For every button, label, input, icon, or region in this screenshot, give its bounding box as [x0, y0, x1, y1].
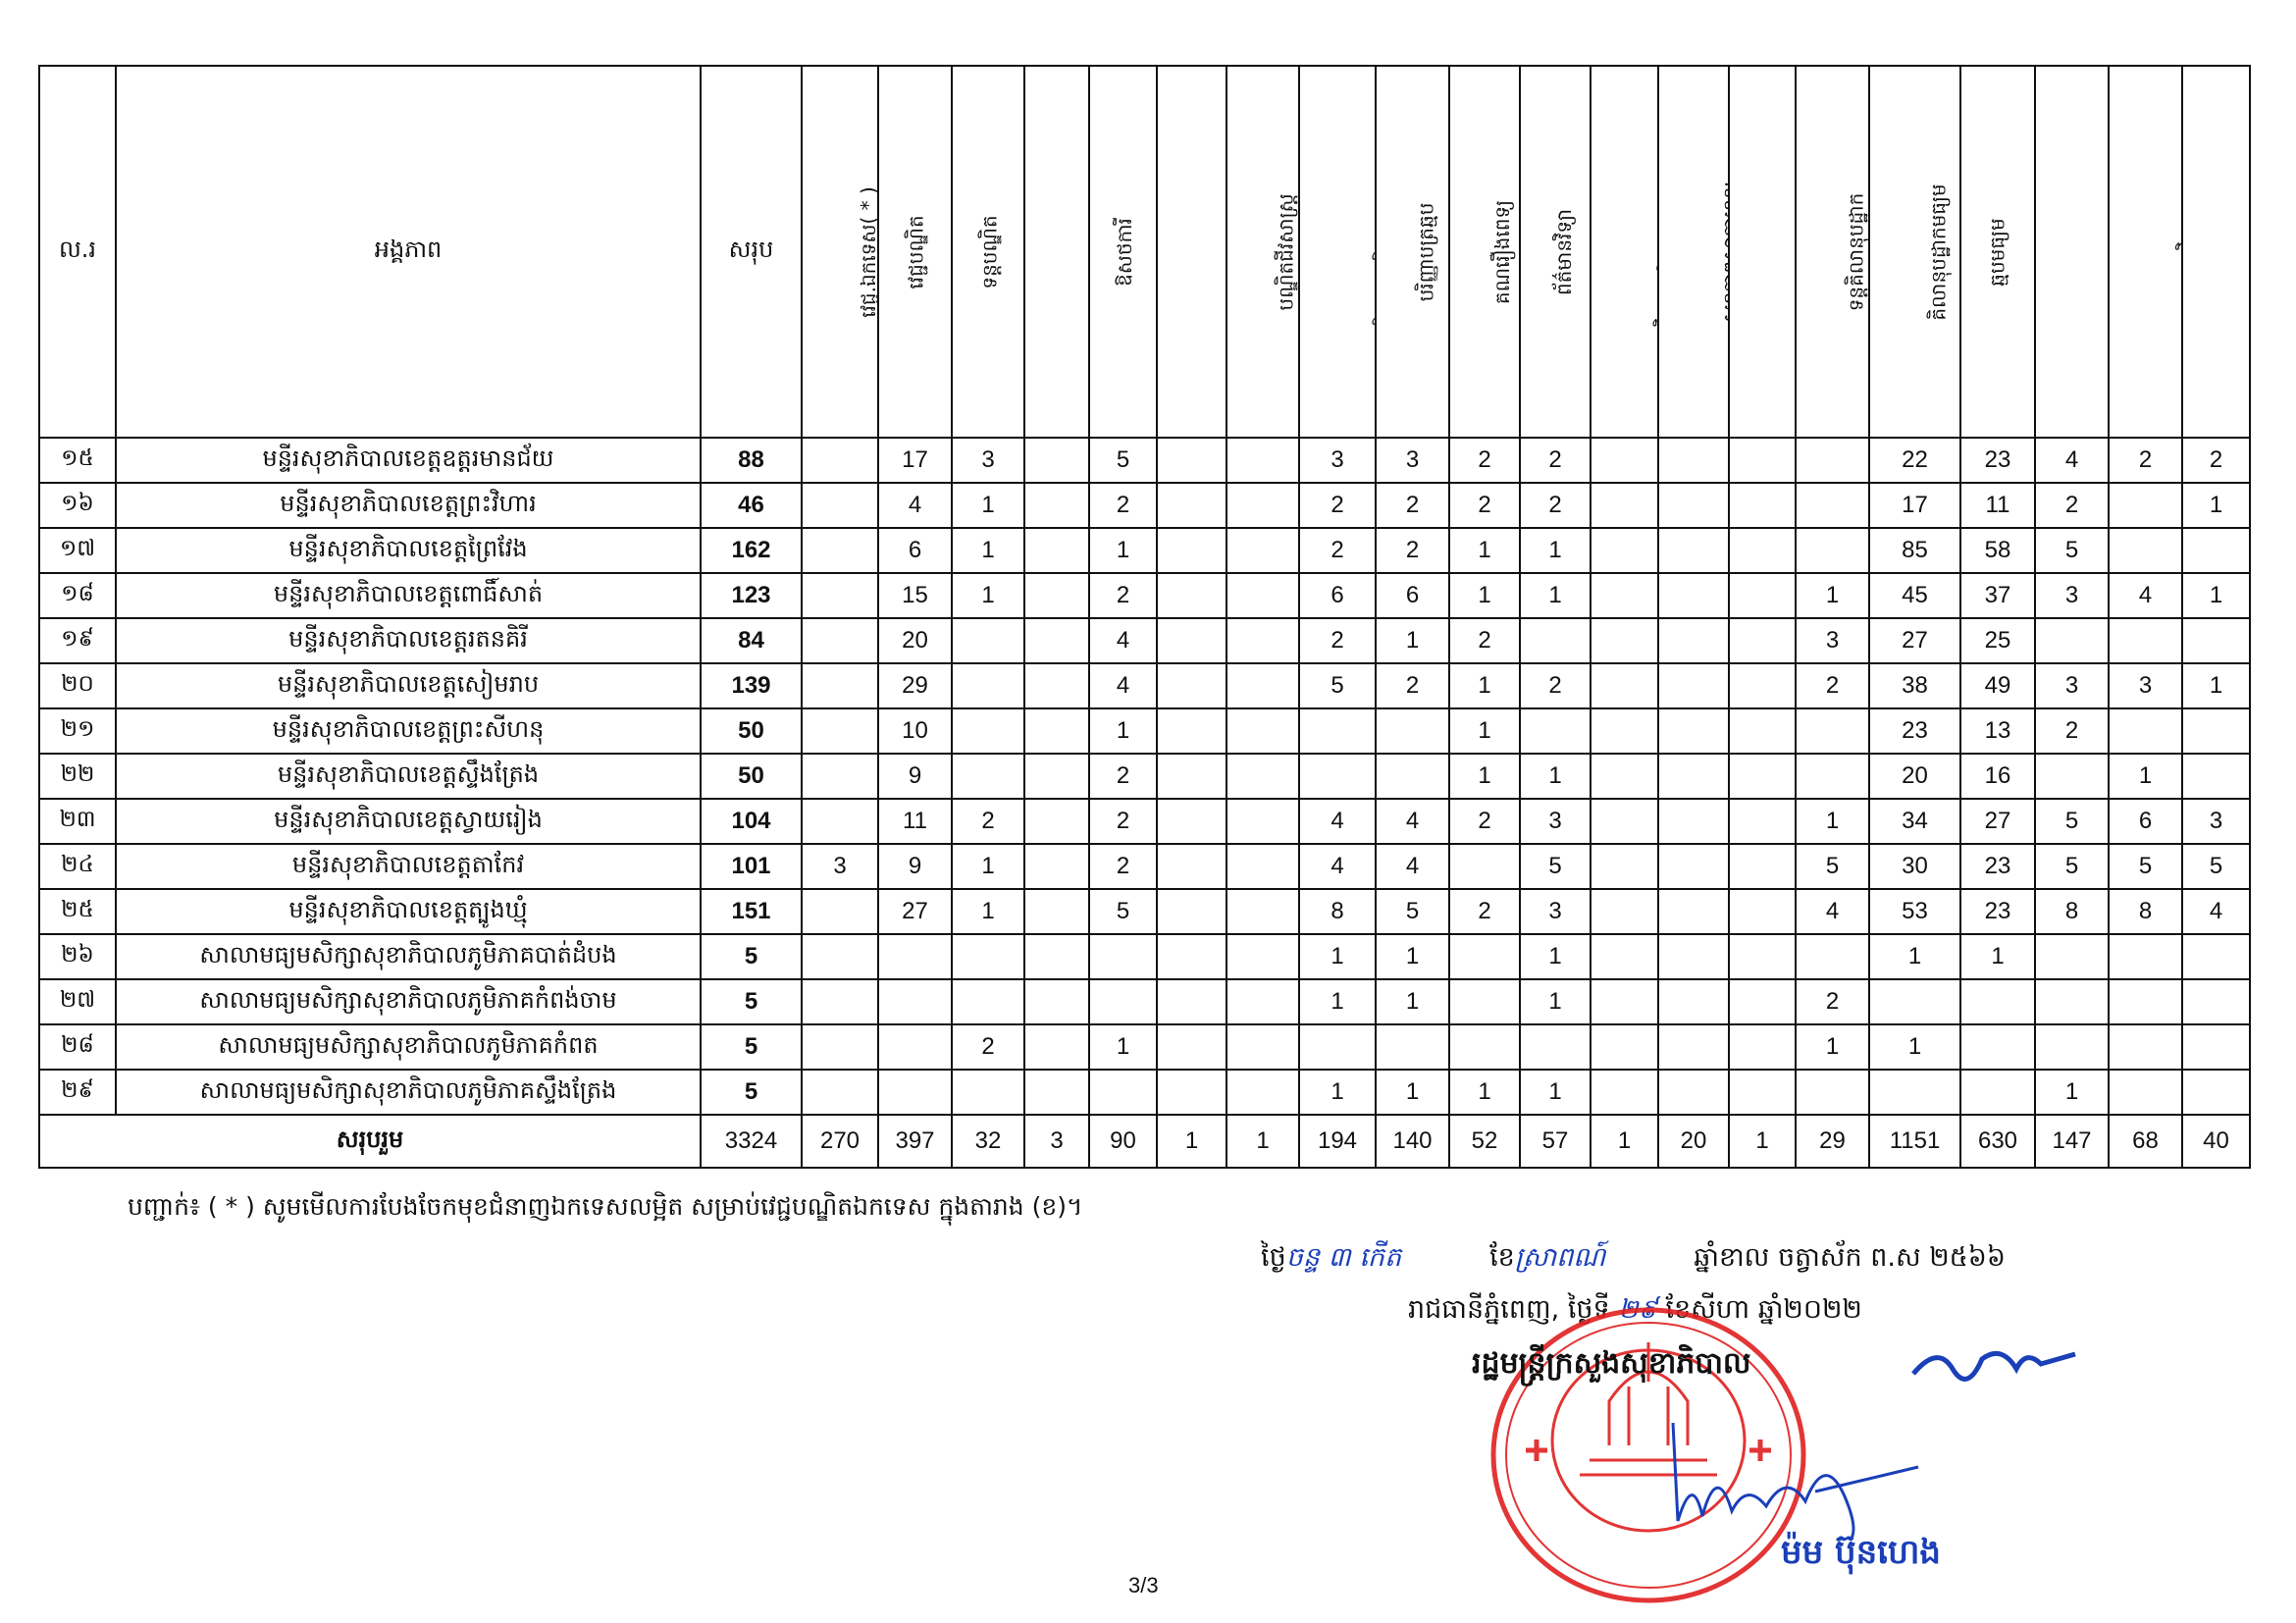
- table-row: ១៩មន្ទីរសុខាភិបាលខេត្តរតនគិរី84204212327…: [39, 618, 2250, 663]
- cell-value: 3: [1299, 438, 1376, 483]
- column-total: 1: [1157, 1115, 1226, 1168]
- cell-value: 58: [1960, 528, 2035, 573]
- cell-value: 5: [2035, 799, 2109, 844]
- cell-value: 5: [1089, 438, 1157, 483]
- cell-value: [1658, 799, 1729, 844]
- column-total: 20: [1658, 1115, 1729, 1168]
- cell-value: [1869, 979, 1960, 1024]
- cell-value: 4: [1376, 844, 1449, 889]
- cell-value: 27: [878, 889, 952, 934]
- cell-value: [1591, 663, 1658, 708]
- cell-value: 2: [1089, 573, 1157, 618]
- cell-value: [802, 483, 878, 528]
- cell-value: 1: [1520, 573, 1591, 618]
- cell-value: [1299, 754, 1376, 799]
- cell-value: 5: [1796, 844, 1869, 889]
- table-row: ១៧មន្ទីរសុខាភិបាលខេត្តព្រៃវែង16261122118…: [39, 528, 2250, 573]
- cell-value: 29: [878, 663, 952, 708]
- header-col: ព័ត៌មានវិទ្យា: [1520, 66, 1591, 438]
- header-col: សុខភាពសាធារណៈ: [1658, 66, 1729, 438]
- cell-value: [2035, 618, 2109, 663]
- cell-value: [2182, 1024, 2250, 1070]
- cell-value: 1: [1520, 754, 1591, 799]
- cell-value: 2: [1449, 483, 1520, 528]
- row-total: 84: [701, 618, 802, 663]
- header-col: បច្ចេកទេសវិទ្យុសាស្ត្រ: [2109, 66, 2182, 438]
- cell-value: [1658, 844, 1729, 889]
- cell-value: 34: [1869, 799, 1960, 844]
- entity-name: សាលាមធ្យមសិក្សាសុខាភិបាលភូមិភាគកំពង់ចាម: [116, 979, 701, 1024]
- cell-value: [1449, 934, 1520, 979]
- cell-value: [1024, 618, 1089, 663]
- cell-value: 1: [1089, 708, 1157, 754]
- cell-value: 15: [878, 573, 952, 618]
- cell-value: [2109, 1070, 2182, 1115]
- cell-value: [1157, 618, 1226, 663]
- cell-value: 20: [878, 618, 952, 663]
- cell-value: [1796, 1070, 1869, 1115]
- header-col: បច្ចេកទេសមន្ទីរពិសោធន៍: [2035, 66, 2109, 438]
- cell-value: 2: [1449, 618, 1520, 663]
- header-col: ទន្តគិលានុបដ្ឋាក: [1796, 66, 1869, 438]
- header-entity: អង្គភាព: [116, 66, 701, 438]
- cell-value: 1: [2182, 663, 2250, 708]
- cell-value: [1960, 1024, 2035, 1070]
- cell-value: [1591, 979, 1658, 1024]
- header-col: ទន្តបណ្ឌិត: [952, 66, 1024, 438]
- cell-value: [1591, 799, 1658, 844]
- cell-value: [1591, 1070, 1658, 1115]
- cell-value: 1: [2109, 754, 2182, 799]
- cell-value: [2109, 618, 2182, 663]
- cell-value: [2109, 708, 2182, 754]
- cell-value: [1658, 889, 1729, 934]
- column-total: 3: [1024, 1115, 1089, 1168]
- cell-value: 2: [1520, 483, 1591, 528]
- cell-value: [1024, 979, 1089, 1024]
- cell-value: 1: [1520, 1070, 1591, 1115]
- cell-value: [1157, 979, 1226, 1024]
- cell-value: [1729, 618, 1796, 663]
- cell-value: 4: [1796, 889, 1869, 934]
- cell-value: [1729, 708, 1796, 754]
- cell-value: [1729, 573, 1796, 618]
- cell-value: [1591, 844, 1658, 889]
- cell-value: [1520, 618, 1591, 663]
- staff-allocation-table: ល.រ អង្គភាព សរុប វេជ្ជ.ឯកទេស( * ) វេជ្ជប…: [38, 65, 2251, 1169]
- cell-value: [1024, 438, 1089, 483]
- cell-value: 4: [1089, 663, 1157, 708]
- minister-title: រដ្ឋមន្ត្រីក្រសួងសុខាភិបាល: [1472, 1344, 1750, 1387]
- cell-value: 25: [1960, 618, 2035, 663]
- cell-value: 2: [1449, 889, 1520, 934]
- cell-value: 6: [1299, 573, 1376, 618]
- cell-value: 4: [2109, 573, 2182, 618]
- cell-value: 85: [1869, 528, 1960, 573]
- cell-value: 23: [1869, 708, 1960, 754]
- cell-value: 30: [1869, 844, 1960, 889]
- cell-value: [878, 1024, 952, 1070]
- cell-value: [2035, 1024, 2109, 1070]
- row-number: ២២: [39, 754, 116, 799]
- cell-value: [1226, 438, 1299, 483]
- table-row: ១៦មន្ទីរសុខាភិបាលខេត្តព្រះវិហារ464122222…: [39, 483, 2250, 528]
- cell-value: 2: [1449, 438, 1520, 483]
- table-row: ២៥មន្ទីរសុខាភិបាលខេត្តត្បូងឃ្មុំ15127158…: [39, 889, 2250, 934]
- cell-value: [1157, 708, 1226, 754]
- cell-value: [1024, 844, 1089, 889]
- cell-value: 4: [1089, 618, 1157, 663]
- cell-value: [1226, 708, 1299, 754]
- cell-value: [1729, 1024, 1796, 1070]
- cell-value: [1449, 844, 1520, 889]
- column-total: 57: [1520, 1115, 1591, 1168]
- row-total: 104: [701, 799, 802, 844]
- cell-value: 1: [1449, 754, 1520, 799]
- cell-value: 22: [1869, 438, 1960, 483]
- row-number: ១៥: [39, 438, 116, 483]
- row-number: ១៩: [39, 618, 116, 663]
- cell-value: 6: [1376, 573, 1449, 618]
- cell-value: 4: [878, 483, 952, 528]
- column-total: 397: [878, 1115, 952, 1168]
- cell-value: 23: [1960, 844, 2035, 889]
- entity-name: សាលាមធ្យមសិក្សាសុខាភិបាលភូមិភាគបាត់ដំបង: [116, 934, 701, 979]
- header-col: ឱសថការី: [1089, 66, 1157, 438]
- cell-value: [1729, 934, 1796, 979]
- cell-value: [952, 934, 1024, 979]
- row-total: 123: [701, 573, 802, 618]
- cell-value: 1: [1089, 528, 1157, 573]
- cell-value: [1299, 708, 1376, 754]
- cell-value: 6: [2109, 799, 2182, 844]
- header-col: បណ្ឌិតវិទ្យាសាស្ត្រសុខាភិបាល: [1157, 66, 1226, 438]
- cell-value: [1157, 438, 1226, 483]
- entity-name: មន្ទីរសុខាភិបាលខេត្តតាកែវ: [116, 844, 701, 889]
- cell-value: [952, 663, 1024, 708]
- cell-value: [802, 889, 878, 934]
- cell-value: [1591, 1024, 1658, 1070]
- cell-value: [1226, 934, 1299, 979]
- entity-name: សាលាមធ្យមសិក្សាសុខាភិបាលភូមិភាគស្ទឹងត្រែ…: [116, 1070, 701, 1115]
- cell-value: 4: [2182, 889, 2250, 934]
- column-total: 1: [1729, 1115, 1796, 1168]
- lunar-month-label: ខែ: [1489, 1242, 1515, 1273]
- cell-value: 3: [802, 844, 878, 889]
- row-number: ២៨: [39, 1024, 116, 1070]
- cell-value: [1024, 663, 1089, 708]
- column-total: 1: [1591, 1115, 1658, 1168]
- column-total: 194: [1299, 1115, 1376, 1168]
- cell-value: [2035, 934, 2109, 979]
- column-total: 68: [2109, 1115, 2182, 1168]
- cell-value: [1376, 1024, 1449, 1070]
- cell-value: 17: [878, 438, 952, 483]
- entity-name: មន្ទីរសុខាភិបាលខេត្តត្បូងឃ្មុំ: [116, 889, 701, 934]
- cell-value: 10: [878, 708, 952, 754]
- lunar-year: ឆ្នាំខាល ចត្វាស័ក ព.ស ២៥៦៦: [1694, 1242, 2006, 1273]
- cell-value: [1658, 934, 1729, 979]
- row-total: 5: [701, 934, 802, 979]
- cell-value: 3: [1376, 438, 1449, 483]
- cell-value: [1520, 708, 1591, 754]
- cell-value: 1: [1376, 618, 1449, 663]
- cell-value: [1960, 979, 2035, 1024]
- cell-value: 53: [1869, 889, 1960, 934]
- cell-value: [1226, 889, 1299, 934]
- cell-value: 2: [2035, 708, 2109, 754]
- cell-value: 1: [1449, 708, 1520, 754]
- cell-value: [952, 708, 1024, 754]
- cell-value: [1658, 483, 1729, 528]
- cell-value: 1: [1299, 1070, 1376, 1115]
- table-row: ២៧សាលាមធ្យមសិក្សាសុខាភិបាលភូមិភាគកំពង់ចា…: [39, 979, 2250, 1024]
- cell-value: 20: [1869, 754, 1960, 799]
- cell-value: 5: [1299, 663, 1376, 708]
- cell-value: [1024, 573, 1089, 618]
- cell-value: [2109, 483, 2182, 528]
- row-number: ១៨: [39, 573, 116, 618]
- cell-value: 16: [1960, 754, 2035, 799]
- header-col: បរិញ្ញាបត្រឆ្មប: [1376, 66, 1449, 438]
- cell-value: 1: [1520, 979, 1591, 1024]
- header-col: ទន្តបណ្ឌិតឯកទេសវះកាត់មុខ មាត់ ថ្គាម និងធ…: [1024, 66, 1089, 438]
- cell-value: [802, 979, 878, 1024]
- cell-value: [1796, 438, 1869, 483]
- cell-value: [1376, 708, 1449, 754]
- cell-value: [802, 754, 878, 799]
- totals-label: សរុបរួម: [39, 1115, 701, 1168]
- cell-value: 9: [878, 844, 952, 889]
- cell-value: 2: [1299, 618, 1376, 663]
- cell-value: [878, 1070, 952, 1115]
- cell-value: [1729, 799, 1796, 844]
- cell-value: 3: [1520, 799, 1591, 844]
- row-total: 162: [701, 528, 802, 573]
- header-col: បណ្ឌិតជីវសាស្ត្រ: [1226, 66, 1299, 438]
- cell-value: [1226, 573, 1299, 618]
- cell-value: [1591, 438, 1658, 483]
- cell-value: 3: [1520, 889, 1591, 934]
- header-no: ល.រ: [39, 66, 116, 438]
- cell-value: 2: [1376, 483, 1449, 528]
- cell-value: 1: [1376, 934, 1449, 979]
- cell-value: [1024, 483, 1089, 528]
- cell-value: [1796, 934, 1869, 979]
- cell-value: [802, 573, 878, 618]
- header-row: ល.រ អង្គភាព សរុប វេជ្ជ.ឯកទេស( * ) វេជ្ជប…: [39, 66, 2250, 438]
- cell-value: 27: [1869, 618, 1960, 663]
- cell-value: 9: [878, 754, 952, 799]
- cell-value: [1729, 1070, 1796, 1115]
- header-col: វេជ្ជបណ្ឌិត: [878, 66, 952, 438]
- cell-value: [1226, 1024, 1299, 1070]
- cell-value: [1024, 934, 1089, 979]
- cell-value: 45: [1869, 573, 1960, 618]
- cell-value: [1658, 1070, 1729, 1115]
- page-number: 3/3: [1128, 1573, 1159, 1598]
- cell-value: 2: [1089, 754, 1157, 799]
- cell-value: 1: [1449, 528, 1520, 573]
- cell-value: [1591, 708, 1658, 754]
- entity-name: មន្ទីរសុខាភិបាលខេត្តព្រៃវែង: [116, 528, 701, 573]
- signature-icon: [1648, 1413, 1923, 1541]
- cell-value: 3: [2035, 663, 2109, 708]
- cell-value: 1: [1376, 1070, 1449, 1115]
- cell-value: 5: [1376, 889, 1449, 934]
- column-total: 32: [952, 1115, 1024, 1168]
- cell-value: [1157, 483, 1226, 528]
- header-col: បរិញ្ញាបត្រគិលានុបដ្ឋាក: [1299, 66, 1376, 438]
- cell-value: [1658, 528, 1729, 573]
- column-total: 1151: [1869, 1115, 1960, 1168]
- cell-value: 1: [952, 528, 1024, 573]
- cell-value: [1024, 1070, 1089, 1115]
- cell-value: [1226, 663, 1299, 708]
- grand-total: 3324: [701, 1115, 802, 1168]
- cell-value: 8: [2035, 889, 2109, 934]
- cell-value: 23: [1960, 889, 2035, 934]
- column-total: 40: [2182, 1115, 2250, 1168]
- cell-value: 6: [878, 528, 952, 573]
- cell-value: [802, 1070, 878, 1115]
- cell-value: 1: [1449, 663, 1520, 708]
- cell-value: [1520, 1024, 1591, 1070]
- cell-value: 1: [2182, 483, 2250, 528]
- row-total: 50: [701, 754, 802, 799]
- cell-value: [1729, 754, 1796, 799]
- cell-value: [2182, 934, 2250, 979]
- cell-value: [1796, 483, 1869, 528]
- table-body: ១៥មន្ទីរសុខាភិបាលខេត្តឧត្តរមានជ័យ8817353…: [39, 438, 2250, 1168]
- cell-value: [802, 528, 878, 573]
- row-number: ១៦: [39, 483, 116, 528]
- table-row: ២៩សាលាមធ្យមសិក្សាសុខាភិបាលភូមិភាគស្ទឹងត្…: [39, 1070, 2250, 1115]
- cell-value: 23: [1960, 438, 2035, 483]
- cell-value: [1157, 528, 1226, 573]
- cell-value: 1: [1796, 799, 1869, 844]
- cell-value: [1591, 573, 1658, 618]
- header-col: ឆ្មបមធ្យម: [1960, 66, 2035, 438]
- cell-value: [2109, 934, 2182, 979]
- header-col: គណរឿងពេទ្យ: [1449, 66, 1520, 438]
- cell-value: 3: [952, 438, 1024, 483]
- cell-value: [1591, 618, 1658, 663]
- cell-value: [952, 1070, 1024, 1115]
- cell-value: [1157, 754, 1226, 799]
- cell-value: 3: [1796, 618, 1869, 663]
- cell-value: 2: [1796, 663, 1869, 708]
- cell-value: 1: [952, 573, 1024, 618]
- header-col: វិស្វករ & ស្ថាបត្យករ: [1591, 66, 1658, 438]
- lunar-day-label: ថ្ងៃ: [1261, 1242, 1286, 1273]
- header-col: វេជ្ជ.ឯកទេស( * ): [802, 66, 878, 438]
- cell-value: [1024, 799, 1089, 844]
- cell-value: [1729, 483, 1796, 528]
- row-number: ២៦: [39, 934, 116, 979]
- cell-value: 17: [1869, 483, 1960, 528]
- cell-value: 1: [1796, 573, 1869, 618]
- column-total: 52: [1449, 1115, 1520, 1168]
- cell-value: 1: [1520, 528, 1591, 573]
- column-total: 140: [1376, 1115, 1449, 1168]
- row-number: ២៤: [39, 844, 116, 889]
- cell-value: 3: [2182, 799, 2250, 844]
- cell-value: [1658, 979, 1729, 1024]
- cell-value: [1729, 528, 1796, 573]
- cell-value: [2109, 528, 2182, 573]
- cell-value: [2182, 618, 2250, 663]
- cell-value: 1: [1520, 934, 1591, 979]
- cell-value: 2: [1089, 844, 1157, 889]
- cell-value: 5: [1089, 889, 1157, 934]
- cell-value: 2: [952, 799, 1024, 844]
- column-total: 29: [1796, 1115, 1869, 1168]
- cell-value: 11: [878, 799, 952, 844]
- cell-value: [802, 1024, 878, 1070]
- column-total: 270: [802, 1115, 878, 1168]
- cell-value: [1658, 573, 1729, 618]
- table-row: ១៨មន្ទីរសុខាភិបាលខេត្តពោធិ៍សាត់123151266…: [39, 573, 2250, 618]
- cell-value: 13: [1960, 708, 2035, 754]
- entity-name: មន្ទីរសុខាភិបាលខេត្តពោធិ៍សាត់: [116, 573, 701, 618]
- cell-value: [1157, 663, 1226, 708]
- cell-value: [1729, 438, 1796, 483]
- cell-value: 8: [2109, 889, 2182, 934]
- cell-value: [1226, 483, 1299, 528]
- cell-value: [1796, 754, 1869, 799]
- cell-value: 2: [952, 1024, 1024, 1070]
- row-number: ២៧: [39, 979, 116, 1024]
- cell-value: 38: [1869, 663, 1960, 708]
- cell-value: 2: [1089, 799, 1157, 844]
- cell-value: 1: [952, 483, 1024, 528]
- cell-value: 2: [1376, 663, 1449, 708]
- cell-value: 49: [1960, 663, 2035, 708]
- cell-value: 37: [1960, 573, 2035, 618]
- column-total: 90: [1089, 1115, 1157, 1168]
- cell-value: 2: [1089, 483, 1157, 528]
- initial-scribble-icon: [1908, 1339, 2080, 1388]
- cell-value: [1591, 934, 1658, 979]
- row-number: ១៧: [39, 528, 116, 573]
- cell-value: [1658, 663, 1729, 708]
- cell-value: 2: [1449, 799, 1520, 844]
- cell-value: [1226, 799, 1299, 844]
- table-row: ២២មន្ទីរសុខាភិបាលខេត្តស្ទឹងត្រែង50921120…: [39, 754, 2250, 799]
- cell-value: 5: [2035, 528, 2109, 573]
- row-total: 5: [701, 1070, 802, 1115]
- cell-value: [802, 708, 878, 754]
- cell-value: [1658, 708, 1729, 754]
- column-total: 147: [2035, 1115, 2109, 1168]
- row-number: ២១: [39, 708, 116, 754]
- entity-name: មន្ទីរសុខាភិបាលខេត្តរតនគិរី: [116, 618, 701, 663]
- cell-value: [952, 754, 1024, 799]
- cell-value: 4: [1299, 844, 1376, 889]
- cell-value: 5: [2035, 844, 2109, 889]
- table-row: ២១មន្ទីរសុខាភិបាលខេត្តព្រះសីហនុ501011231…: [39, 708, 2250, 754]
- header-total: សរុប: [701, 66, 802, 438]
- cell-value: 2: [1376, 528, 1449, 573]
- cell-value: [1658, 1024, 1729, 1070]
- cell-value: [1226, 618, 1299, 663]
- cell-value: [1796, 708, 1869, 754]
- row-total: 88: [701, 438, 802, 483]
- cell-value: [1024, 889, 1089, 934]
- cell-value: 1: [1299, 934, 1376, 979]
- row-total: 139: [701, 663, 802, 708]
